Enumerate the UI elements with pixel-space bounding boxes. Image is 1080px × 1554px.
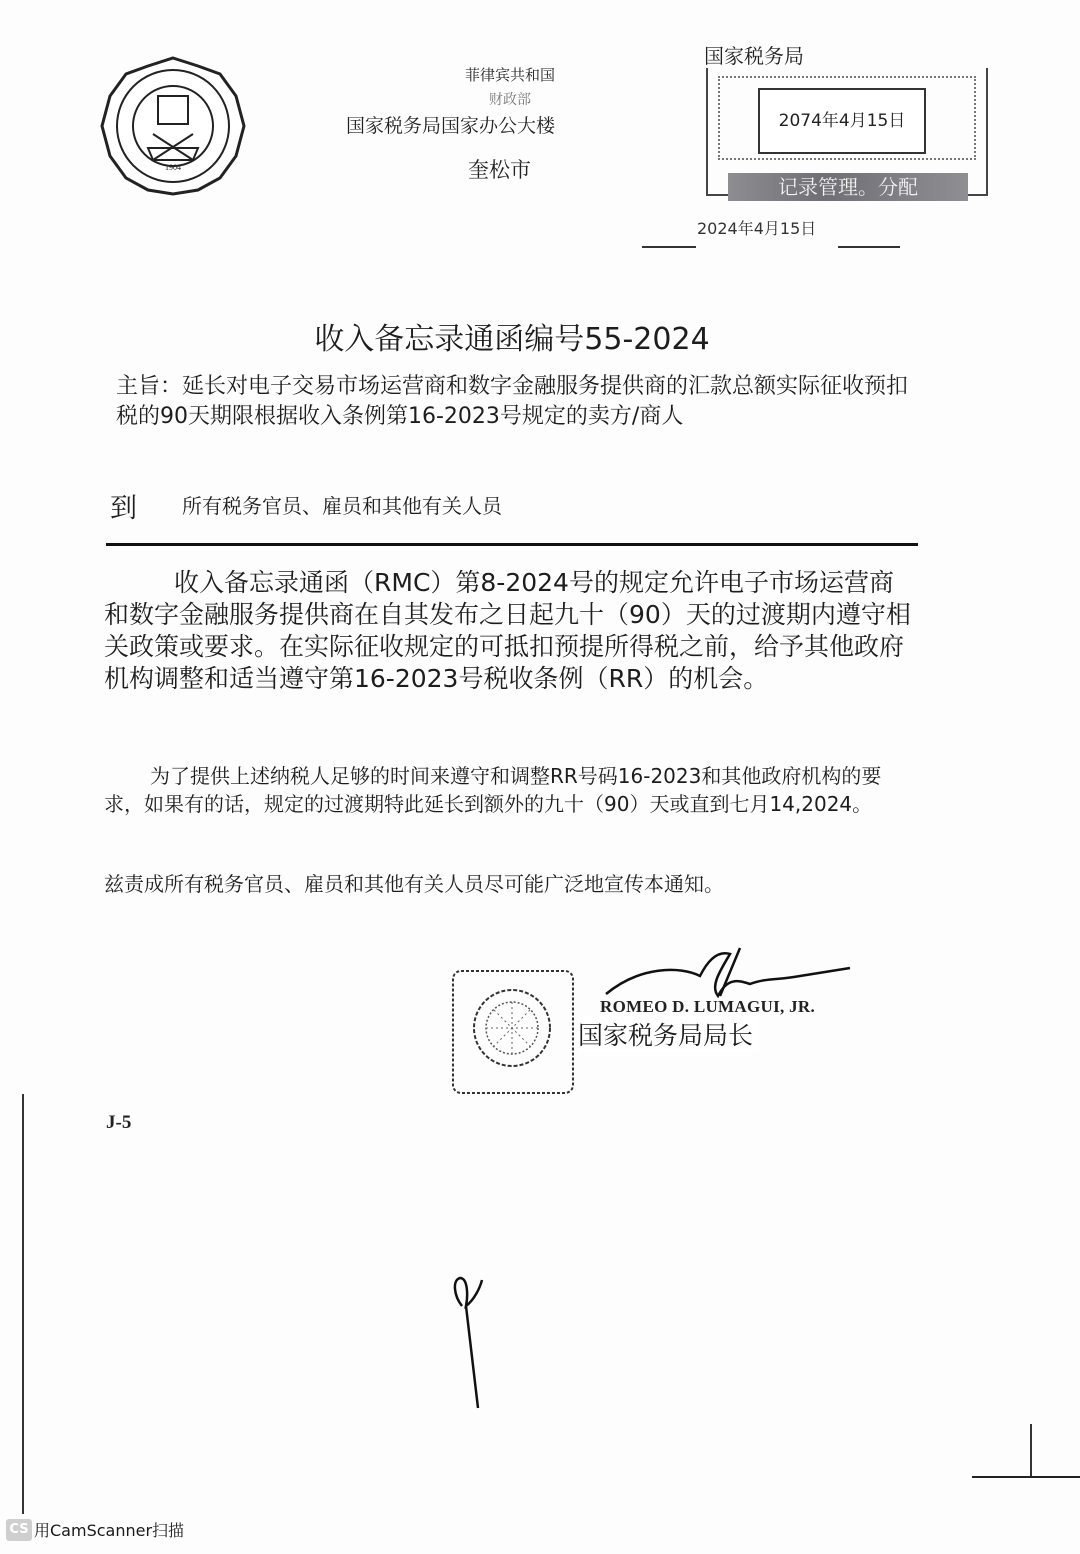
corner-mark-vertical	[1030, 1424, 1032, 1476]
signatory-title: 国家税务局局长	[578, 1016, 759, 1052]
initial-mark-icon	[440, 1276, 500, 1416]
received-date: 2024年4月15日	[697, 216, 816, 239]
bir-seal-logo: 1904	[98, 56, 248, 196]
to-label: 到	[110, 486, 137, 525]
header-department: 财政部	[440, 89, 580, 109]
divider	[838, 246, 900, 248]
body-paragraph-1: 收入备忘录通函（RMC）第8-2024号的规定允许电子市场运营商和数字金融服务提…	[104, 567, 916, 695]
stamp-records-band: 记录管理。分配	[728, 173, 968, 201]
svg-text:1904: 1904	[165, 163, 181, 172]
header-city: 奎松市	[468, 154, 531, 184]
stamp-agency: 国家税务局	[704, 40, 804, 69]
stamp-date: 2074年4月15日	[760, 106, 924, 131]
header-country: 菲律宾共和国	[440, 64, 580, 85]
handwritten-initial	[440, 1276, 500, 1420]
body-paragraph-3: 兹责成所有税务官员、雇员和其他有关人员尽可能广泛地宣传本通知。	[104, 870, 916, 898]
memo-title: 收入备忘录通函编号55-2024	[0, 314, 1024, 358]
dry-seal-stamp	[450, 968, 576, 1096]
divider	[642, 246, 696, 248]
corner-mark-horizontal	[972, 1476, 1080, 1478]
memo-subject: 主旨：延长对电子交易市场运营商和数字金融服务提供商的汇款总额实际征收预扣税的90…	[116, 372, 916, 432]
camscanner-logo-icon: CS	[6, 1519, 32, 1541]
signatory-name: ROMEO D. LUMAGUI, JR.	[600, 997, 815, 1017]
body-paragraph-2: 为了提供上述纳税人足够的时间来遵守和调整RR号码16-2023和其他政府机构的要…	[104, 762, 916, 818]
margin-line	[22, 1094, 24, 1514]
to-recipients: 所有税务官员、雇员和其他有关人员	[182, 490, 502, 519]
page-code: J-5	[106, 1112, 131, 1134]
scanner-watermark: CS 用CamScanner扫描	[6, 1518, 184, 1541]
scanner-text: 用CamScanner扫描	[34, 1518, 184, 1541]
seal-stamp-icon	[450, 968, 576, 1096]
header-office: 国家税务局国家办公大楼	[346, 111, 555, 138]
stamp-date-box: 2074年4月15日	[758, 88, 926, 154]
seal-icon: 1904	[98, 56, 248, 196]
horizontal-rule	[106, 543, 918, 546]
